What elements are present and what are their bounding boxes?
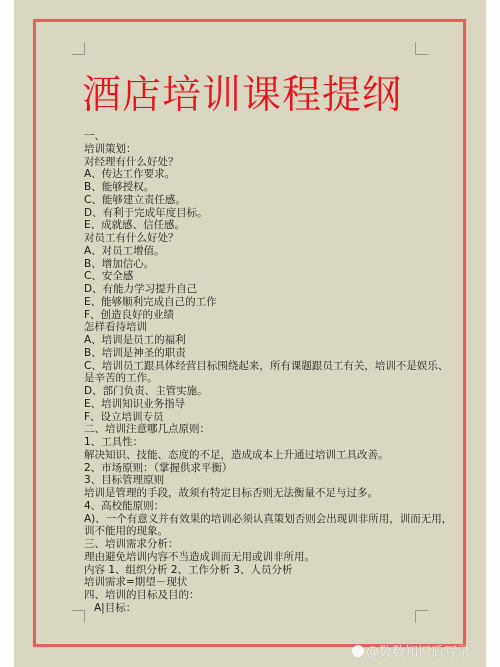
text-line: 怎样看待培训 xyxy=(84,321,444,334)
section-heading: 一、 xyxy=(84,130,444,143)
document-body: 一、 培训策划： 对经理有什么好处？ A、传达工作要求。 B、能够授权。 C、能… xyxy=(84,130,444,615)
document-title: 酒店培训课程提纲 xyxy=(82,72,402,120)
list-item: F、创造良好的业绩 xyxy=(84,309,444,322)
text-line: 理由避免培训内容不当造成训而无用或训非所用。 xyxy=(84,551,444,564)
watermark: @数数知识后写录 xyxy=(352,641,470,660)
text-line: 内容 1、组织分析 2、工作分析 3、人员分析 xyxy=(84,564,444,577)
margin-corner-mark xyxy=(415,42,428,55)
text-line: 训不能用的现象。 xyxy=(84,525,444,538)
list-item: 3、目标管理原则 xyxy=(84,474,444,487)
list-item: 2、市场原则：（掌握供求平衡） xyxy=(84,462,444,475)
margin-corner-mark xyxy=(72,42,85,55)
paw-logo-icon xyxy=(352,645,364,657)
list-item: D、有能力学习提升自己 xyxy=(84,283,444,296)
list-item: A|目标： xyxy=(84,602,444,615)
list-item: C、培训员工跟具体经营目标围绕起来，所有课题跟员工有关，培训不是娱乐、 xyxy=(84,360,444,373)
list-item: A、对员工增值。 xyxy=(84,245,444,258)
list-item: B、增加信心。 xyxy=(84,258,444,271)
section-heading: 三、培训需求分析： xyxy=(84,538,444,551)
list-item: D、部门负责、主管实施。 xyxy=(84,385,444,398)
list-item: A、培训是员工的福利 xyxy=(84,334,444,347)
text-line: 培训需求=期望－现状 xyxy=(84,576,444,589)
list-item: A、传达工作要求。 xyxy=(84,168,444,181)
section-heading: 二、培训注意哪几点原则： xyxy=(84,423,444,436)
text-line: 对员工有什么好处？ xyxy=(84,232,444,245)
text-line: 培训策划： xyxy=(84,143,444,156)
text-line: 培训是管理的手段，故须有特定目标否则无法衡量不足与过多。 xyxy=(84,487,444,500)
text-line: 解决知识、技能、态度的不足，造成成本上升通过培训工具改善。 xyxy=(84,449,444,462)
list-item: E、培训知识业务指导 xyxy=(84,398,444,411)
list-item: C、能够建立责任感。 xyxy=(84,194,444,207)
list-item: B、能够授权。 xyxy=(84,181,444,194)
list-item: D、有利于完成年度目标。 xyxy=(84,207,444,220)
list-item: 1、工具性： xyxy=(84,436,444,449)
list-item: F、设立培训专员 xyxy=(84,411,444,424)
list-item: A)、一个有意义并有效果的培训必须认真策划否则会出现训非所用，训而无用， xyxy=(84,513,444,526)
list-item: B、培训是神圣的职责 xyxy=(84,347,444,360)
list-item: E、成就感、信任感。 xyxy=(84,219,444,232)
text-line: 对经理有什么好处？ xyxy=(84,156,444,169)
watermark-text: @数数知识后写录 xyxy=(366,641,470,660)
list-item: 4、高校能原则： xyxy=(84,500,444,513)
text-line: 是辛苦的工作。 xyxy=(84,372,444,385)
list-item: C、安全感 xyxy=(84,270,444,283)
list-item: E、能够顺利完成自己的工作 xyxy=(84,296,444,309)
section-heading: 四、培训的目标及目的： xyxy=(84,589,444,602)
